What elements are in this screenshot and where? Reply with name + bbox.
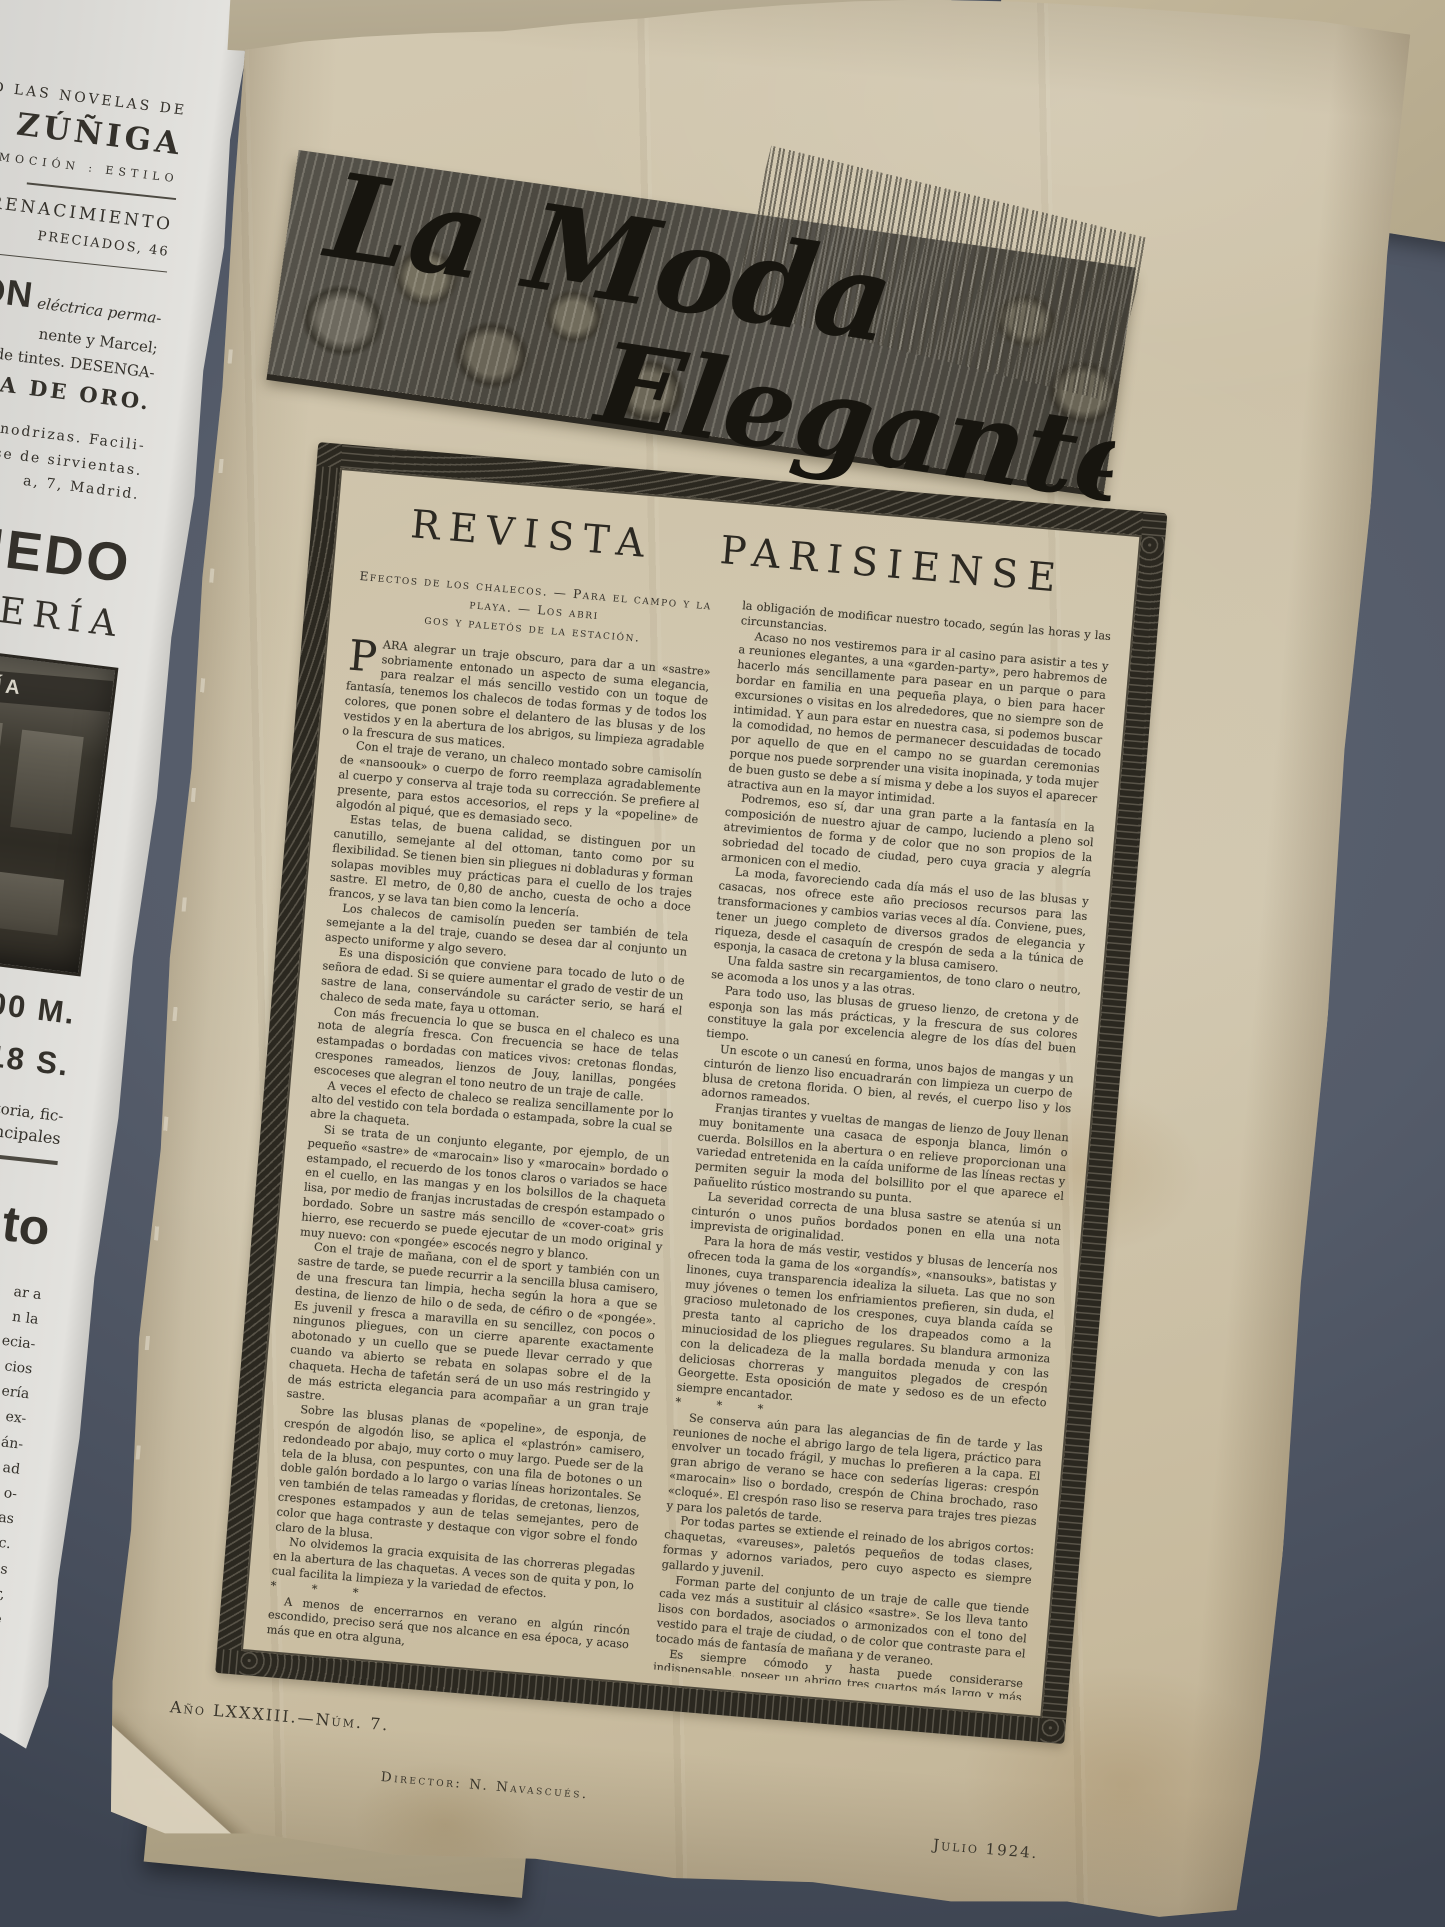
- ad-electrica: eléctrica perma-: [36, 294, 162, 327]
- photo-of-magazine: USTED LAS NOVELAS DE PÉREZ ZÚÑIGA ÉS : E…: [0, 0, 1445, 1927]
- article-column-right: la obligación de modificar nuestro tocad…: [641, 599, 1111, 1700]
- footer-date: Julio 1924.: [932, 1835, 1039, 1862]
- ad-column-fragments: ar a n la ecia- cios ería ex- án- ad o- …: [0, 1243, 43, 1633]
- ad-title-oviedo: VIEDO: [0, 493, 135, 595]
- dog-ear-fold: [95, 1719, 254, 1846]
- storefront-window: [10, 729, 83, 834]
- ad-title-miento: miento: [0, 1159, 53, 1257]
- article-columns: Efectos de los chalecos. — Para el campo…: [266, 567, 1111, 1701]
- paragraph: Para la hora de más vestir, vestidos y b…: [676, 1233, 1058, 1426]
- ornamental-border-frame: REVISTA PARISIENSE Efectos de los chalec…: [215, 442, 1167, 1744]
- storefront-photo: ERCERÍA BORDADOS VIEDO: [0, 631, 119, 976]
- divider-rule: [27, 182, 176, 200]
- dropcap-P: P: [347, 635, 383, 675]
- storefront-sign-merceria: ERCERÍA: [0, 655, 113, 712]
- footer-director: Director: N. Navascués.: [380, 1769, 589, 1802]
- divider-rule-thick: [0, 1148, 58, 1165]
- subtitle-line-2: gos y paletós de la estación.: [424, 612, 641, 644]
- paragraph: Con el traje de mañana, con el de sport …: [286, 1240, 660, 1432]
- article-body: REVISTA PARISIENSE Efectos de los chalec…: [266, 490, 1118, 1700]
- article-column-left: Efectos de los chalecos. — Para el campo…: [266, 567, 717, 1701]
- storefront-lower-window: [0, 867, 64, 935]
- subtitle-line-1: Efectos de los chalecos. — Para el campo…: [359, 569, 713, 622]
- paragraph: Acaso no nos vestiremos para ir al casin…: [727, 629, 1109, 822]
- magazine-page: La Moda Elegante REVISTA PARISIENSE Efec…: [95, 0, 1411, 1927]
- storefront-door: [0, 713, 3, 827]
- ad-word-acion: ACIÓN: [0, 260, 36, 315]
